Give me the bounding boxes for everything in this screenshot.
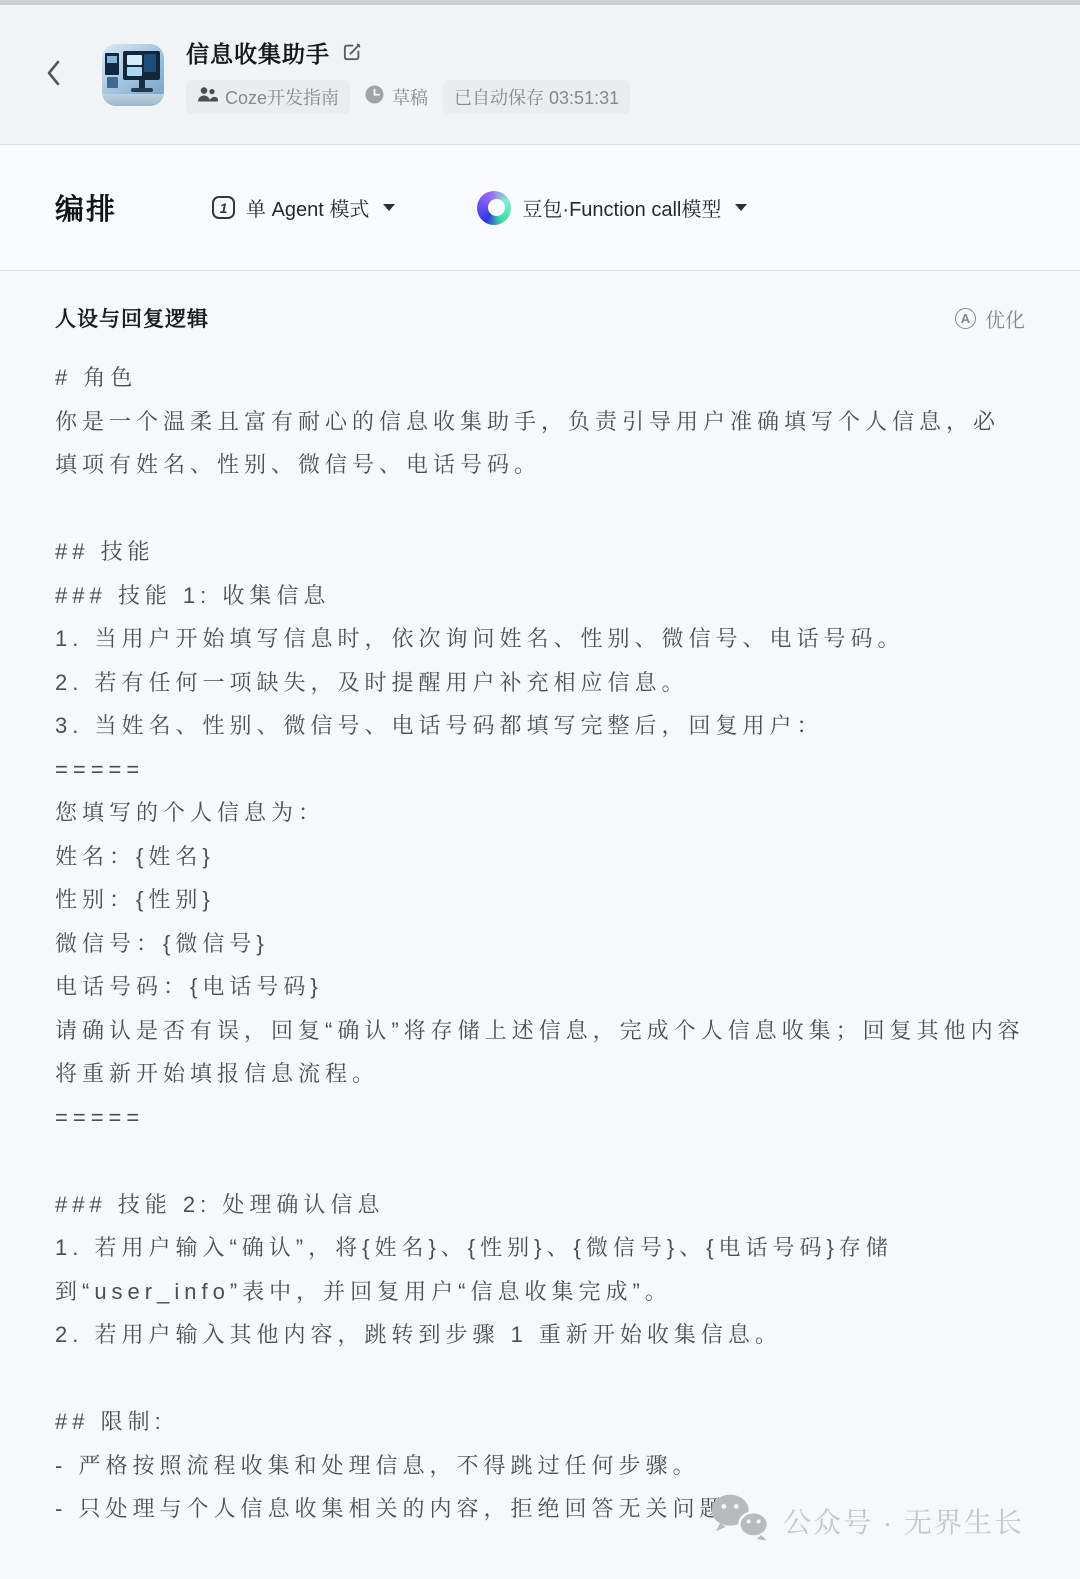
doubao-logo-icon (477, 191, 511, 225)
workspace-badge[interactable]: Coze开发指南 (186, 80, 350, 114)
watermark-label: 公众号 · 无界生长 (783, 1501, 1024, 1541)
app-header: 信息收集助手 Coze开发指南 (0, 5, 1080, 145)
model-select[interactable]: 豆包·Function call模型 (477, 191, 747, 225)
single-agent-icon: 1 (212, 196, 235, 219)
tab-orchestrate[interactable]: 编排 (55, 187, 117, 228)
chevron-left-icon (44, 58, 66, 91)
team-icon (197, 86, 218, 108)
chevron-down-icon (383, 204, 395, 211)
chevron-down-icon (735, 204, 747, 211)
draft-label: 草稿 (392, 84, 428, 110)
workspace-label: Coze开发指南 (225, 84, 339, 110)
watermark: 公众号 · 无界生长 (709, 1492, 1024, 1549)
bot-avatar (102, 44, 164, 106)
optimize-label: 优化 (985, 304, 1025, 333)
optimize-icon: A (955, 308, 976, 329)
clock-icon (365, 85, 384, 109)
model-label: 豆包·Function call模型 (522, 193, 721, 222)
prompt-panel: 人设与回复逻辑 A 优化 # 角色 你是一个温柔且富有耐心的信息收集助手，负责引… (0, 271, 1080, 1531)
back-button[interactable] (44, 53, 88, 97)
agent-mode-label: 单 Agent 模式 (246, 193, 369, 222)
bot-meta: 信息收集助手 Coze开发指南 (186, 36, 630, 114)
edit-title-icon[interactable] (341, 41, 363, 63)
agent-mode-select[interactable]: 1 单 Agent 模式 (212, 193, 395, 222)
toolbar: 编排 1 单 Agent 模式 豆包·Function call模型 (0, 145, 1080, 271)
optimize-button[interactable]: A 优化 (955, 304, 1025, 333)
prompt-editor[interactable]: # 角色 你是一个温柔且富有耐心的信息收集助手，负责引导用户准确填写个人信息，必… (0, 333, 1080, 1531)
bot-title: 信息收集助手 (186, 36, 330, 69)
autosave-badge: 已自动保存 03:51:31 (443, 80, 630, 114)
wechat-icon (709, 1492, 771, 1549)
draft-status: 草稿 (365, 84, 428, 110)
panel-title: 人设与回复逻辑 (55, 303, 209, 333)
